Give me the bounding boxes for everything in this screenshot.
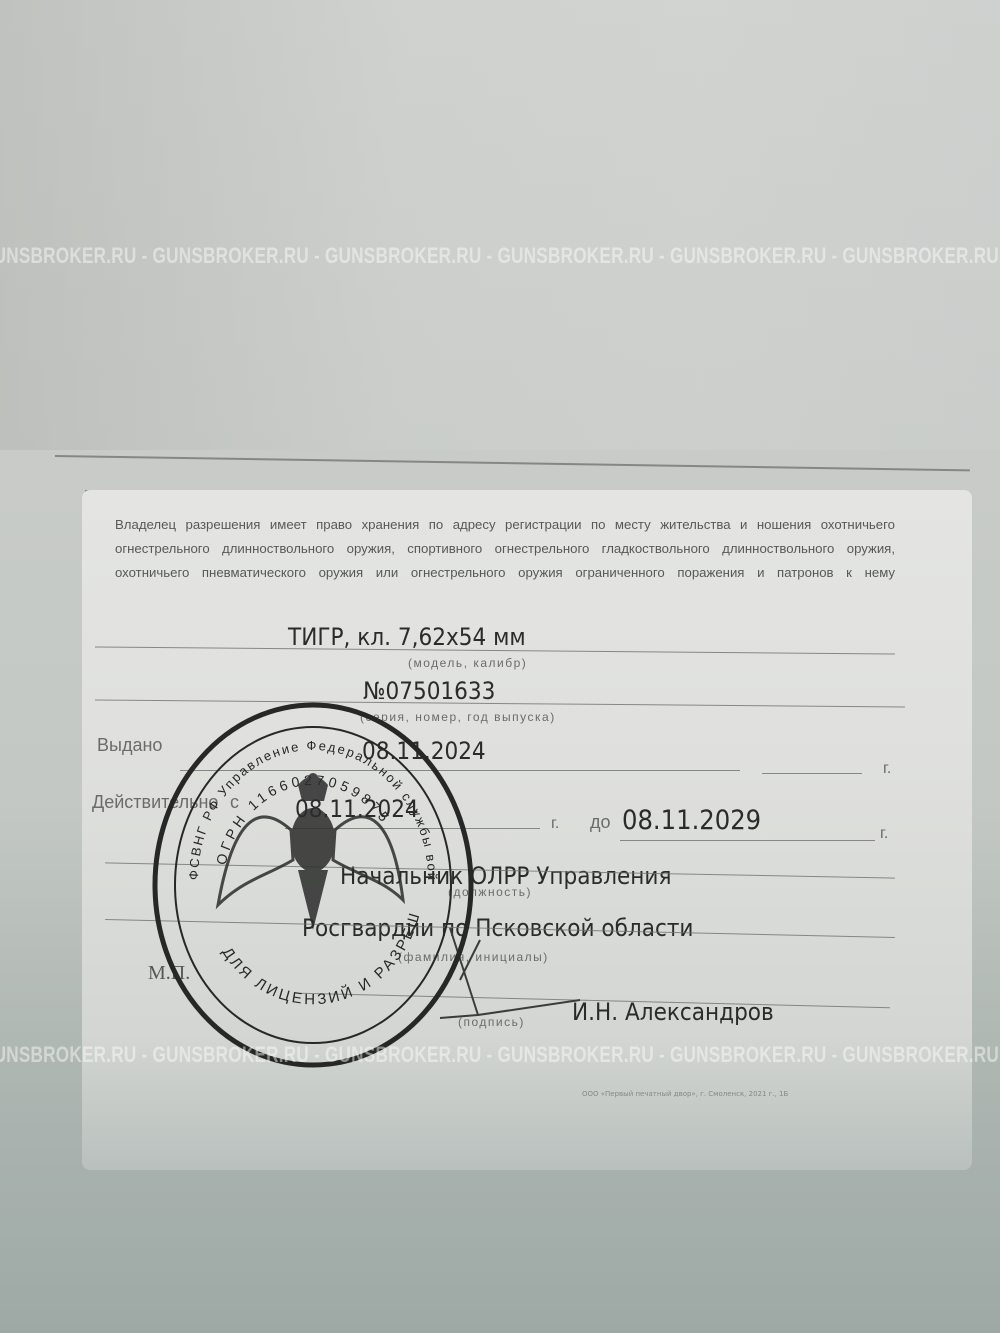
seal-label: М.П. xyxy=(148,962,190,985)
valid-label: Действительно xyxy=(92,792,218,813)
valid-from-prefix: с xyxy=(230,792,239,813)
issued-year-suffix: г. xyxy=(883,760,891,778)
position-caption: (должность) xyxy=(448,885,532,899)
valid-to-date: 08.11.2029 xyxy=(622,805,761,836)
watermark: GUNSBROKER.RU - GUNSBROKER.RU - GUNSBROK… xyxy=(0,1042,807,1068)
printer-note: ООО «Первый печатный двор», г. Смоленск,… xyxy=(582,1090,788,1098)
rule xyxy=(180,770,740,771)
weapon-model-caliber: ТИГР, кл. 7,62х54 мм xyxy=(288,623,526,651)
watermark: GUNSBROKER.RU - GUNSBROKER.RU - GUNSBROK… xyxy=(0,243,807,269)
issued-label: Выдано xyxy=(97,735,162,756)
signer-name: И.Н. Александров xyxy=(572,998,774,1026)
background-shade xyxy=(0,0,1000,450)
rule xyxy=(285,828,540,829)
valid-year-suffix-2: г. xyxy=(880,825,888,843)
rule xyxy=(620,840,875,841)
weapon-caption: (модель, калибр) xyxy=(408,656,527,670)
rule xyxy=(762,773,862,774)
valid-to-prefix: до xyxy=(590,812,611,833)
permit-card xyxy=(82,490,972,1170)
valid-year-suffix-1: г. xyxy=(551,815,559,833)
handwritten-signature xyxy=(400,920,600,1040)
issued-date: 08.11.2024 xyxy=(362,737,486,765)
weapon-serial-number: №07501633 xyxy=(363,677,495,705)
paper-edge-line xyxy=(55,455,970,471)
permit-rights-paragraph: Владелец разрешения имеет право хранения… xyxy=(115,513,895,585)
valid-from-date: 08.11.2024 xyxy=(295,795,419,823)
serial-caption: (серия, номер, год выпуска) xyxy=(360,710,556,724)
